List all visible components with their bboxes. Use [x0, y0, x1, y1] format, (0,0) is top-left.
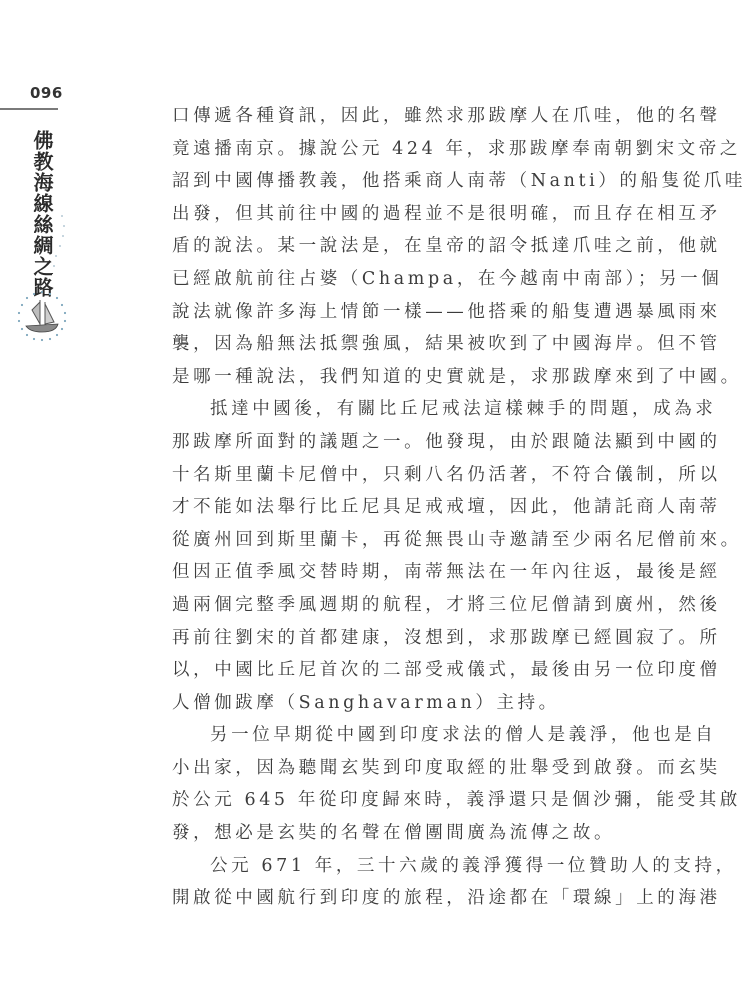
text-line: 詔到中國傳播教義，他搭乘商人南蒂（Nanti）的船隻從爪哇: [172, 165, 682, 198]
page-number-rule: [0, 108, 58, 110]
paragraph-start-line: 另一位早期從中國到印度求法的僧人是義淨，他也是自: [172, 719, 682, 752]
text-line: 再前往劉宋的首都建康，沒想到，求那跋摩已經圓寂了。所: [172, 622, 682, 655]
text-line: 竟遠播南京。據說公元 424 年，求那跋摩奉南朝劉宋文帝之: [172, 133, 682, 166]
text-line: 襲，因為船無法抵禦強風，結果被吹到了中國海岸。但不管: [172, 328, 682, 361]
text-line: 人僧伽跋摩（Sanghavarman）主持。: [172, 687, 682, 720]
text-line: 但因正值季風交替時期，南蒂無法在一年內往返，最後是經: [172, 556, 682, 589]
paragraph-start-line: 抵達中國後，有關比丘尼戒法這樣棘手的問題，成為求: [172, 393, 682, 426]
text-line: 是哪一種說法，我們知道的史實就是，求那跋摩來到了中國。: [172, 361, 682, 394]
text-line: 十名斯里蘭卡尼僧中，只剩八名仍活著，不符合儀制，所以: [172, 459, 682, 492]
text-line: 出發，但其前往中國的過程並不是很明確，而且存在相互矛: [172, 198, 682, 231]
text-line: 從廣州回到斯里蘭卡，再從無畏山寺邀請至少兩名尼僧前來。: [172, 524, 682, 557]
body-text: 口傳遞各種資訊，因此，雖然求那跋摩人在爪哇，他的名聲 竟遠播南京。據說公元 42…: [172, 100, 682, 915]
text-line: 盾的說法。某一說法是，在皇帝的詔令抵達爪哇之前，他就: [172, 230, 682, 263]
text-line: 那跋摩所面對的議題之一。他發現，由於跟隨法顯到中國的: [172, 426, 682, 459]
text-line: 口傳遞各種資訊，因此，雖然求那跋摩人在爪哇，他的名聲: [172, 100, 682, 133]
text-line: 開啟從中國航行到印度的旅程，沿途都在「環線」上的海港: [172, 882, 682, 915]
decorative-dots-icon: [50, 210, 70, 290]
text-line: 才不能如法舉行比丘尼具足戒戒壇，因此，他請託商人南蒂: [172, 491, 682, 524]
text-line: 於公元 645 年從印度歸來時，義淨還只是個沙彌，能受其啟: [172, 784, 682, 817]
ship-icon: [14, 288, 70, 344]
paragraph-start-line: 公元 671 年，三十六歲的義淨獲得一位贊助人的支持，: [172, 850, 682, 883]
text-line: 以，中國比丘尼首次的二部受戒儀式，最後由另一位印度僧: [172, 654, 682, 687]
text-line: 已經啟航前往占婆（Champa，在今越南中南部）；另一個: [172, 263, 682, 296]
text-line: 發，想必是玄奘的名聲在僧團間廣為流傳之故。: [172, 817, 682, 850]
text-line: 小出家，因為聽聞玄奘到印度取經的壯舉受到啟發。而玄奘: [172, 752, 682, 785]
page-number: 096: [30, 84, 63, 102]
text-line: 過兩個完整季風週期的航程，才將三位尼僧請到廣州，然後: [172, 589, 682, 622]
text-line: 說法就像許多海上情節一樣——他搭乘的船隻遭遇暴風雨來: [172, 296, 682, 329]
